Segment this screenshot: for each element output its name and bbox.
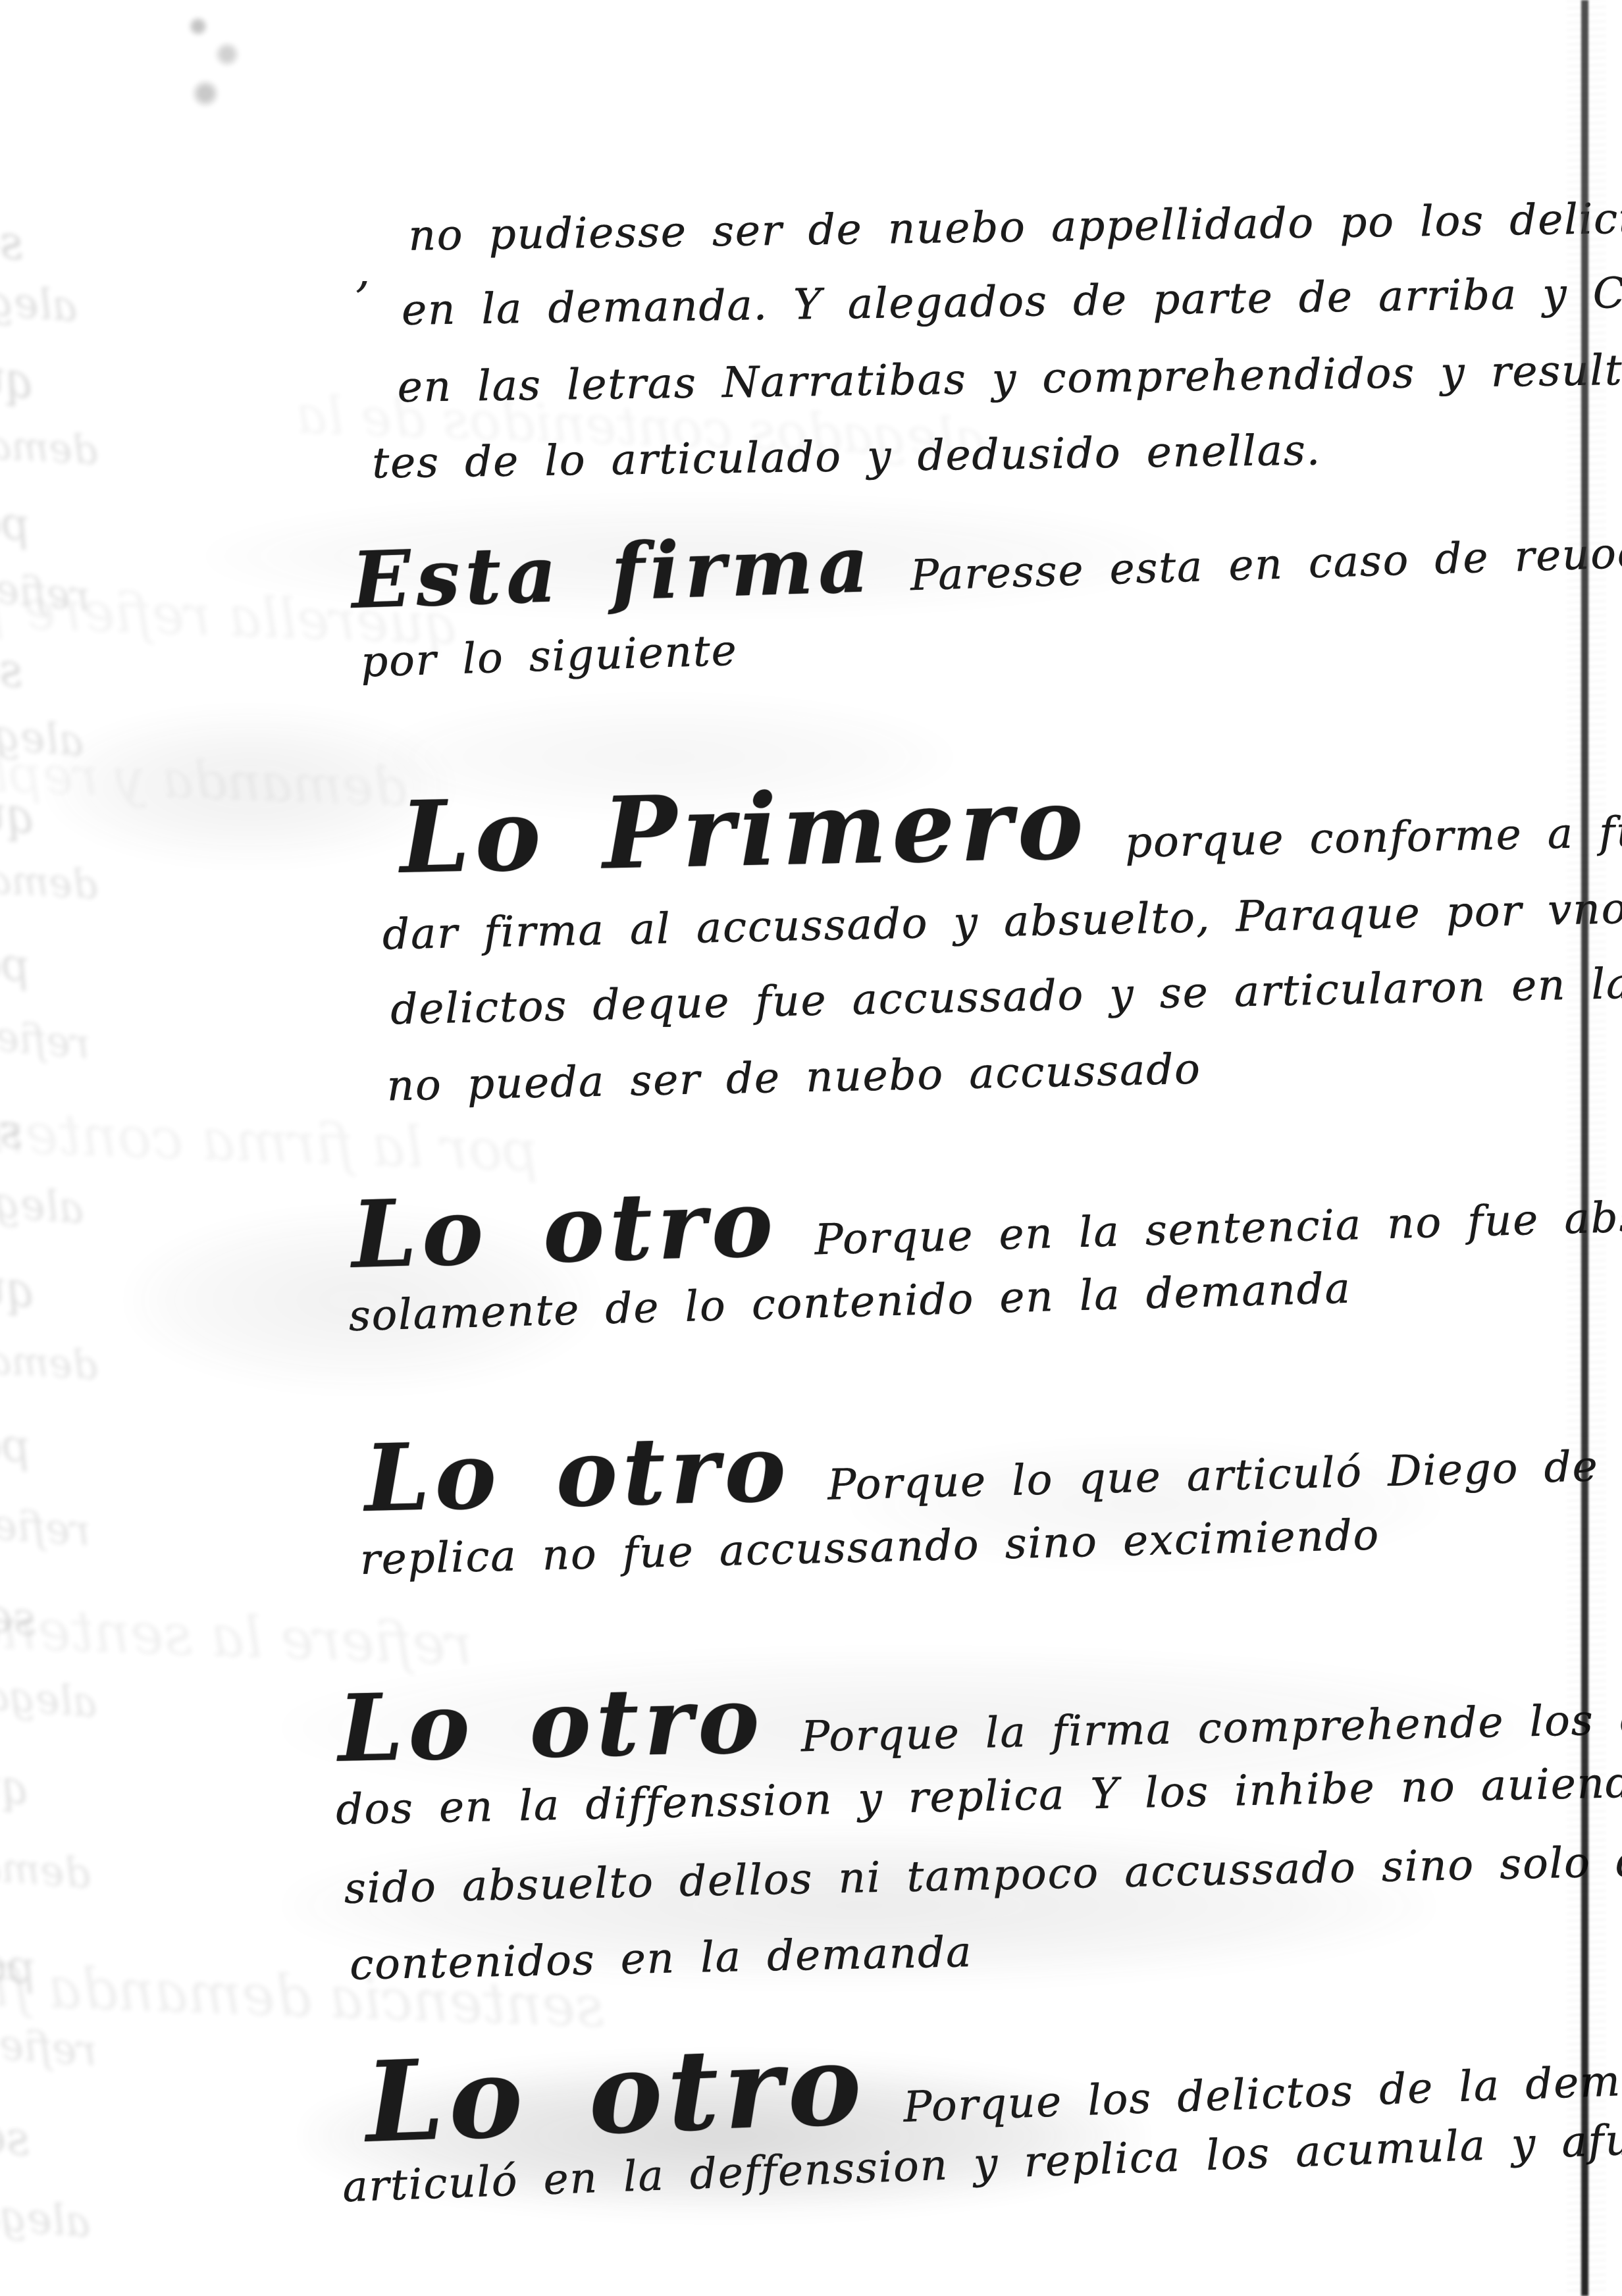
corner-smudge-mark: [176, 4, 249, 116]
opener-continuation: Porque los delictos de la demanda Y lo q…: [903, 2042, 1622, 2132]
paragraph-opener: Esta firma: [350, 518, 875, 626]
handwritten-line: en la demanda. Y alegados de parte de ar…: [402, 266, 1622, 335]
marginal-comma-mark: ,: [355, 242, 371, 298]
bleed-through-ghost-text: refiere la sentencia que: [0, 1472, 92, 1555]
manuscript-page: sentencia demanda firma yalegados conten…: [0, 0, 1622, 2296]
handwritten-line: no pueda ser de nuebo accussado: [386, 1045, 1201, 1111]
paragraph-opener: Lo otro: [337, 1666, 766, 1783]
bleed-through-ghost-text: demanda y replica de los: [0, 1813, 92, 1898]
bleed-through-ghost-text: sentencia demanda firma y: [0, 151, 26, 271]
paragraph-opener: Lo otro: [350, 1170, 779, 1290]
opener-continuation: Porque lo que articuló Diego de Soria en…: [827, 1435, 1622, 1509]
handwritten-line: Lo otroPorque en la sentencia no fue abs…: [350, 1136, 1622, 1290]
opener-continuation: Porque en la sentencia no fue absuelto s…: [814, 1184, 1622, 1265]
handwritten-line: delictos deque fue accussado y se articu…: [390, 954, 1622, 1034]
opener-continuation: Paresse esta en caso de reuocacion y es …: [910, 514, 1622, 600]
bleed-through-ghost-text: demanda y replica de los: [0, 402, 99, 474]
opener-continuation: Porque la firma comprehende los casos ar…: [800, 1689, 1622, 1761]
paragraph-opener: Lo otro: [363, 1415, 793, 1533]
page-edge-binding-line: [1581, 0, 1588, 2296]
paragraph-opener: Lo otro: [363, 2019, 869, 2168]
opener-continuation: porque conforme a fuero tan solamente se…: [1124, 794, 1622, 868]
paragraph-opener: Lo Primero: [399, 766, 1089, 896]
bleed-through-ghost-text: demanda y replica de los: [0, 1317, 99, 1389]
handwritten-line: no pudiesse ser de nuebo appellidado po …: [408, 190, 1622, 261]
handwritten-line: en las letras Narratibas y comprehendido…: [397, 346, 1622, 412]
bleed-through-ghost-text: por la firma contenidos se: [0, 1370, 33, 1474]
bleed-through-ghost-text: alegados contenidos de la: [0, 2160, 92, 2247]
